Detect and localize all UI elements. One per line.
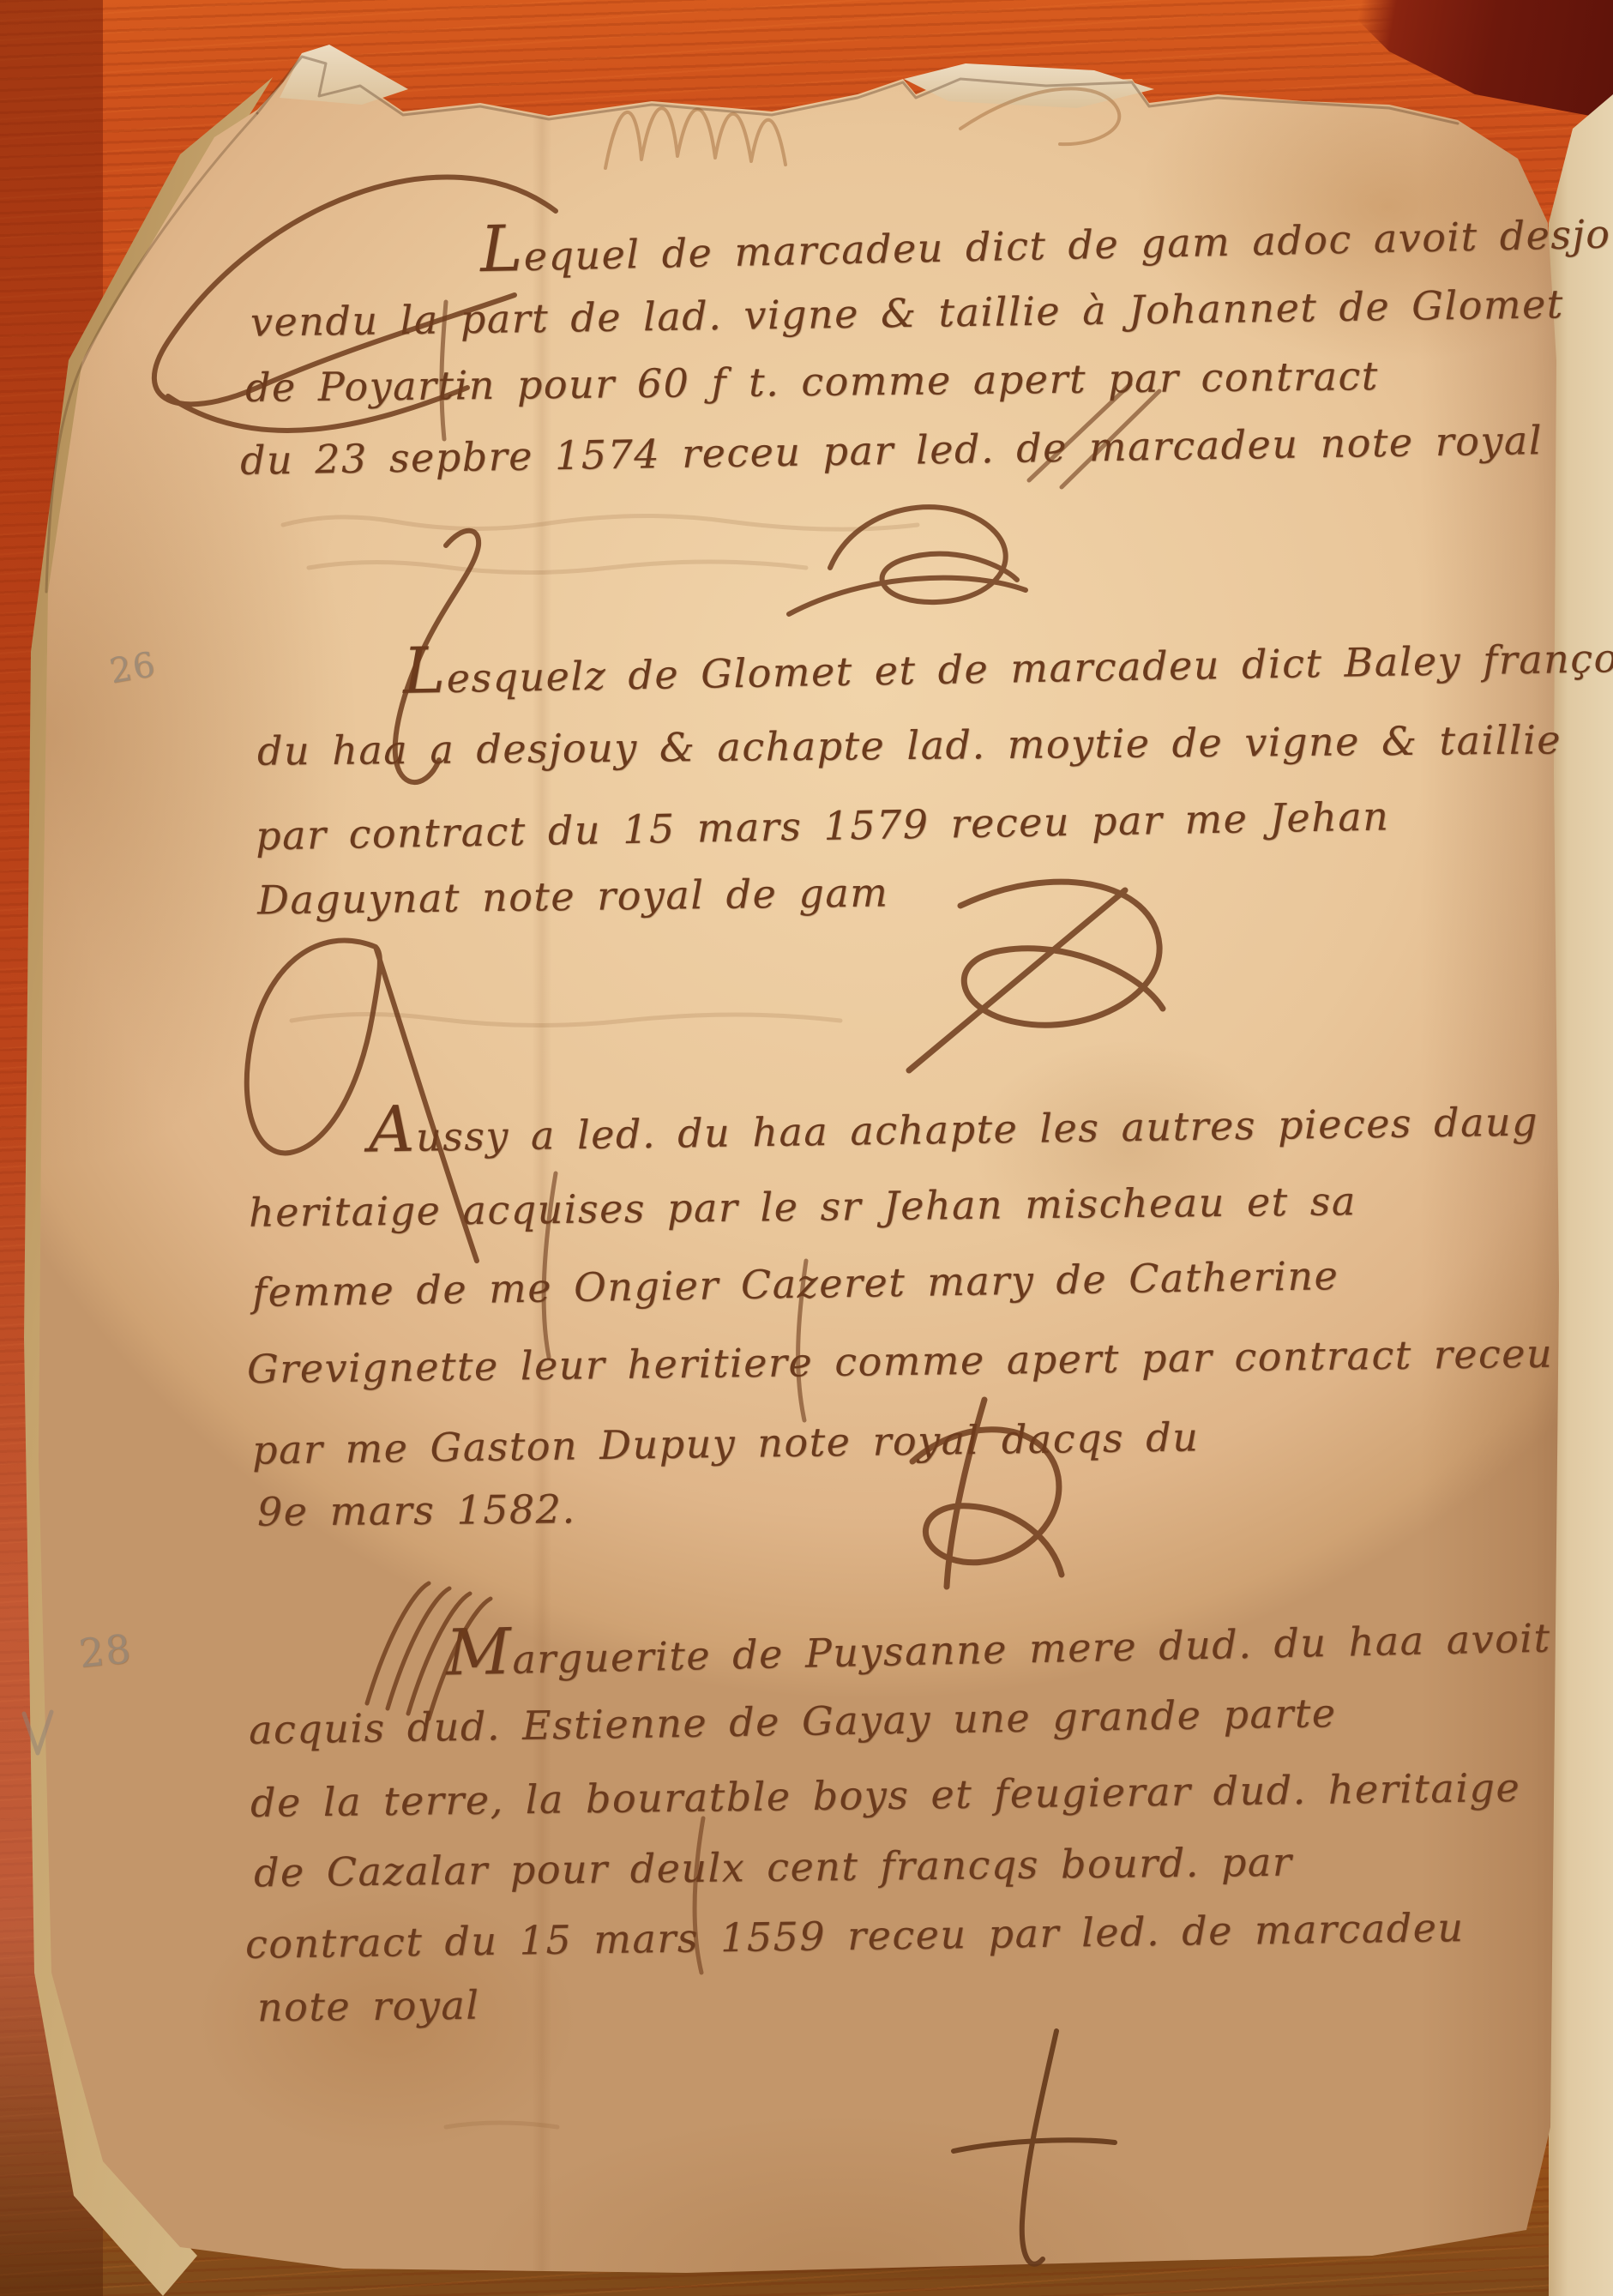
handwriting-line: 9e mars 1582. [257,1485,576,1534]
margin-number-bottom: 28 [76,1625,134,1677]
handwriting-line: Daguynat note royal de gam [257,870,889,924]
facing-page-edge [1549,0,1613,2296]
handwriting-line: note royal [257,1982,480,2031]
photo-of-manuscript: { "page": { "ink_color": "#6a3a1d", "pen… [0,0,1613,2296]
margin-number-top: 26 [106,645,159,692]
torn-flap [280,45,408,105]
